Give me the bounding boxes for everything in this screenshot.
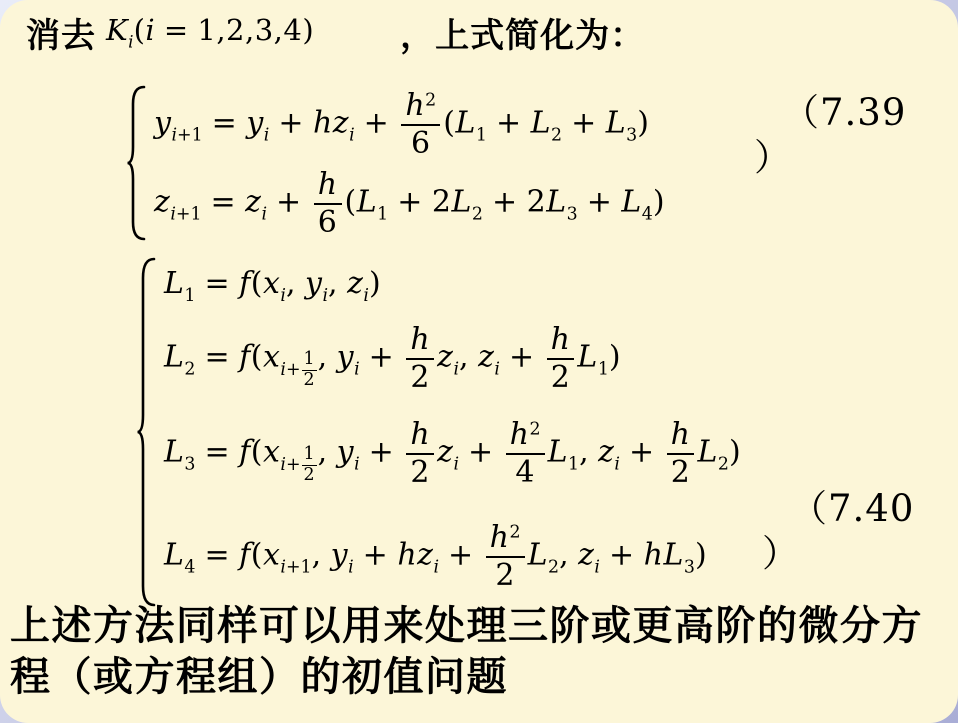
intro-line: 消去 Ki(i=1,2,3,4) ，上式简化为：	[26, 8, 645, 57]
intro-prefix: 消去	[26, 8, 96, 57]
equation-system-740: L1=f(xi,yi,zi) L2=f(xi+12,yi+h2zi,zi+h2L…	[136, 256, 741, 608]
equation-line-L4: L4=f(xi+1,yi+hzi+h22L2,zi+hL3)	[164, 506, 741, 608]
equation-line-L2: L2=f(xi+12,yi+h2zi,zi+h2L1)	[164, 316, 741, 402]
equation-column: L1=f(xi,yi,zi) L2=f(xi+12,yi+h2zi,zi+h2L…	[164, 256, 741, 608]
slide-background: 消去 Ki(i=1,2,3,4) ，上式简化为： yi+1=yi+hzi+h26…	[0, 0, 958, 723]
left-brace-icon	[126, 84, 148, 242]
intro-inline-math: Ki(i=1,2,3,4)	[106, 13, 314, 52]
equation-line-y: yi+1=yi+hzi+h26(L1+L2+L3)	[154, 84, 665, 166]
equation-line-z: zi+1=zi+h6(L1+2L2+2L3+L4)	[154, 166, 665, 242]
equation-column: yi+1=yi+hzi+h26(L1+L2+L3) zi+1=zi+h6(L1+…	[154, 84, 665, 242]
conclusion-line-1: 上述方法同样可以用来处理三阶或更高阶的微分方	[10, 601, 954, 652]
equation-system-739: yi+1=yi+hzi+h26(L1+L2+L3) zi+1=zi+h6(L1+…	[126, 84, 665, 242]
equation-line-L1: L1=f(xi,yi,zi)	[164, 256, 741, 316]
intro-suffix: ，上式简化为：	[400, 8, 645, 57]
conclusion-text: 上述方法同样可以用来处理三阶或更高阶的微分方 程（或方程组）的初值问题	[10, 601, 954, 703]
equation-number-740: （7.40 ）	[762, 486, 914, 576]
equation-number-739: （7.39 ）	[754, 90, 906, 180]
left-brace-icon	[136, 256, 158, 608]
equation-line-L3: L3=f(xi+12,yi+h2zi+h24L1,zi+h2L2)	[164, 402, 741, 506]
conclusion-line-2: 程（或方程组）的初值问题	[10, 652, 954, 703]
